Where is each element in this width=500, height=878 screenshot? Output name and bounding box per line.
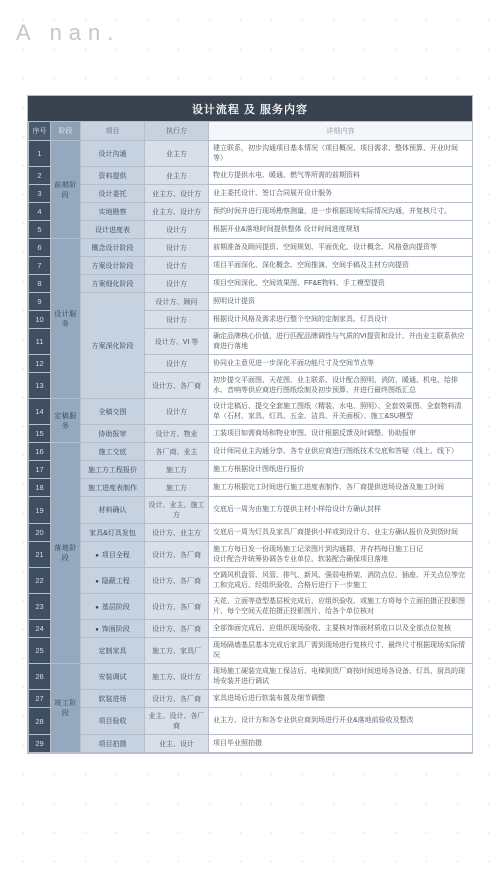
item-cell: 协助报审 [81,425,145,443]
item-cell: 项目拍摄 [81,735,145,753]
column-header-no: 序号 [29,122,51,141]
detail-cell: 建立联系，初步沟通项目基本情况（项目概况、项目需求、整体预算、开业时间等） [209,141,473,167]
item-cell: ● 项目全程 [81,542,145,568]
item-cell: 定制家具 [81,638,145,664]
row-number: 21 [29,542,51,568]
detail-cell: 照明设计提资 [209,293,473,311]
executor-cell: 设计方、顾问 [145,293,209,311]
row-number: 12 [29,355,51,373]
executor-cell: 设计方 [145,355,209,373]
detail-cell: 根据开业&落地时间提供整体 设计时间进度规划 [209,221,473,239]
stage-cell: 设计服务 [51,239,81,399]
item-cell: 资料提供 [81,167,145,185]
executor-cell: 业主方、设计方 [145,185,209,203]
detail-cell: 业主委托设计、签订合同展开设计服务 [209,185,473,203]
table-row: 16落地阶段施工交底各厂商、业主设计师同业主沟通分享、各专业供应商进行图纸技术交… [29,443,473,461]
row-number: 23 [29,594,51,620]
row-number: 6 [29,239,51,257]
bullet-icon: ● [95,605,99,611]
column-header-detail: 详细内容 [209,122,473,141]
row-number: 16 [29,443,51,461]
item-cell: 设计沟通 [81,141,145,167]
item-cell: 施工方工程报价 [81,461,145,479]
executor-cell: 设计方、各厂商 [145,542,209,568]
item-cell: 家具&灯具发包 [81,524,145,542]
table-row: 4实地勘察业主方、设计方预约时间并进行现场勘察测量，进一步根据现场实际情况沟通，… [29,203,473,221]
table-row: 1前期阶段设计沟通业主方建立联系，初步沟通项目基本情况（项目概况、项目需求、整体… [29,141,473,167]
row-number: 2 [29,167,51,185]
design-process-table: 设计流程 及 服务内容 序号阶段项目执行方详细内容 1前期阶段设计沟通业主方建立… [27,95,473,754]
row-number: 20 [29,524,51,542]
row-number: 10 [29,311,51,329]
table-row: 2资料提供业主方物业方提供水电、暖通、燃气等所需的前期资料 [29,167,473,185]
detail-cell: 工装项目如需商场和物业审图、设计根据反馈及时调整、协助报审 [209,425,473,443]
table-body: 1前期阶段设计沟通业主方建立联系，初步沟通项目基本情况（项目概况、项目需求、整体… [29,141,473,753]
row-number: 7 [29,257,51,275]
detail-cell: 物业方提供水电、暖通、燃气等所需的前期资料 [209,167,473,185]
table-row: 21● 项目全程设计方、各厂商施工方每日发一份现场施工记录图片到沟通群，并存档每… [29,542,473,568]
item-cell: ● 隐蔽工程 [81,568,145,594]
row-number: 4 [29,203,51,221]
stage-cell: 竣工阶段 [51,664,81,753]
row-number: 24 [29,620,51,638]
item-cell: 施工进度表制作 [81,479,145,497]
table-row: 6设计服务概念设计阶段设计方前期准备及顾问提资、空间规划、平面优化、设计概念、风… [29,239,473,257]
item-cell: 方案设计阶段 [81,257,145,275]
process-table: 序号阶段项目执行方详细内容 1前期阶段设计沟通业主方建立联系，初步沟通项目基本情… [28,121,473,753]
executor-cell: 施工方、设计方 [145,664,209,690]
row-number: 18 [29,479,51,497]
row-number: 28 [29,708,51,735]
table-header: 序号阶段项目执行方详细内容 [29,122,473,141]
table-row: 23● 基层阶段设计方、各厂商天花、立面等造型基层板完成后、应组织验收、或施工方… [29,594,473,620]
item-cell: 设计进度表 [81,221,145,239]
detail-cell: 根据设计风格及需求进行整个空间的定制家具、灯具设计 [209,311,473,329]
page-background: A nan. 设计流程 及 服务内容 序号阶段项目执行方详细内容 1前期阶段设计… [0,0,500,878]
stage-cell: 前期阶段 [51,141,81,239]
table-title: 设计流程 及 服务内容 [28,96,472,121]
detail-cell: 项目空间深化、空间效果图、FF&E物料、手工模型提资 [209,275,473,293]
row-number: 19 [29,497,51,524]
item-group-cell: 方案深化阶段 [81,293,145,399]
item-cell: 方案细化阶段 [81,275,145,293]
table-row: 14定稿服务全稿交图设计方设计定稿后、提交全套施工图纸（精装、水电、照明）、全套… [29,399,473,425]
detail-cell: 施工方根据设计图纸进行报价 [209,461,473,479]
row-number: 11 [29,329,51,355]
row-number: 14 [29,399,51,425]
executor-cell: 业主方 [145,167,209,185]
detail-cell: 初步提交平面图、天花图、业主联系、设计配合照明、消防、暖通、机电、给排水、音响等… [209,373,473,399]
row-number: 15 [29,425,51,443]
detail-cell: 施工方根据完工时间进行施工进度表制作、各厂商提供进场设备及施工时间 [209,479,473,497]
row-number: 9 [29,293,51,311]
table-row: 7方案设计阶段设计方项目平面深化、深化概念、空间推演、空间手稿及主材方向提资 [29,257,473,275]
executor-cell: 设计方、业主方 [145,524,209,542]
executor-cell: 设计方、VI 等 [145,329,209,355]
column-header-item: 项目 [81,122,145,141]
detail-cell: 现场隔墙基层基本完成后家具厂需到现场进行复核尺寸、最终尺寸根据现场实际情况 [209,638,473,664]
executor-cell: 设计方、各厂商 [145,568,209,594]
detail-cell: 项目平面深化、深化概念、空间推演、空间手稿及主材方向提资 [209,257,473,275]
item-cell: 项目验收 [81,708,145,735]
detail-cell: 交底后一周为由施工方提供主材小样给设计方确认封样 [209,497,473,524]
executor-cell: 业主、设计、各厂商 [145,708,209,735]
table-row: 27软装进场设计方、各厂商家具进场后进行软装布置及细节调整 [29,690,473,708]
detail-cell: 设计定稿后、提交全套施工图纸（精装、水电、照明）、全套效果图、全套物料清单（石材… [209,399,473,425]
row-number: 1 [29,141,51,167]
item-cell: ● 基层阶段 [81,594,145,620]
executor-cell: 设计方、物业 [145,425,209,443]
table-row: 8方案细化阶段设计方项目空间深化、空间效果图、FF&E物料、手工模型提资 [29,275,473,293]
detail-cell: 交底后一周为灯具及家具厂商提供小样或到设计方、业主方确认报价及到货时间 [209,524,473,542]
row-number: 3 [29,185,51,203]
detail-cell: 项目毕业照拍摄 [209,735,473,753]
table-row: 19材料确认设计、业主、施工方交底后一周为由施工方提供主材小样给设计方确认封样 [29,497,473,524]
item-cell: 实地勘察 [81,203,145,221]
detail-cell: 家具进场后进行软装布置及细节调整 [209,690,473,708]
detail-cell: 前期准备及顾问提资、空间规划、平面优化、设计概念、风格意向提资等 [209,239,473,257]
executor-cell: 设计方、各厂商 [145,690,209,708]
row-number: 29 [29,735,51,753]
row-number: 8 [29,275,51,293]
executor-cell: 设计方 [145,221,209,239]
bullet-icon: ● [95,627,99,633]
executor-cell: 业主方 [145,141,209,167]
executor-cell: 设计方 [145,257,209,275]
table-row: 3设计委托业主方、设计方业主委托设计、签订合同展开设计服务 [29,185,473,203]
table-row: 9方案深化阶段设计方、顾问照明设计提资 [29,293,473,311]
item-cell: 设计委托 [81,185,145,203]
executor-cell: 设计方、各厂商 [145,594,209,620]
detail-cell: 业主方、设计方和各专业供应商到场进行开业&落地前验收及整改 [209,708,473,735]
table-row: 5设计进度表设计方根据开业&落地时间提供整体 设计时间进度规划 [29,221,473,239]
executor-cell: 各厂商、业主 [145,443,209,461]
column-header-stage: 阶段 [51,122,81,141]
detail-cell: 预约时间并进行现场勘察测量，进一步根据现场实际情况沟通，并复核尺寸。 [209,203,473,221]
column-header-executor: 执行方 [145,122,209,141]
executor-cell: 设计方、各厂商 [145,620,209,638]
header-row: 序号阶段项目执行方详细内容 [29,122,473,141]
item-cell: 概念设计阶段 [81,239,145,257]
executor-cell: 设计方 [145,311,209,329]
executor-cell: 业主方、设计方 [145,203,209,221]
bullet-icon: ● [95,579,99,585]
detail-cell: 现场施工硬装完成施工保洁后、电梯到货厂商按时间进场各设备、灯具、厨具的现场安装并… [209,664,473,690]
table-row: 26竣工阶段安装调试施工方、设计方现场施工硬装完成施工保洁后、电梯到货厂商按时间… [29,664,473,690]
stage-cell: 定稿服务 [51,399,81,443]
row-number: 5 [29,221,51,239]
detail-cell: 协同业主意见进一步深化平面功能尺寸及空间节点等 [209,355,473,373]
detail-cell: 全部饰面完成后、应组织现场验收、主要核对饰面材质收口以及全部点位复核 [209,620,473,638]
executor-cell: 施工方 [145,461,209,479]
table-row: 15协助报审设计方、物业工装项目如需商场和物业审图、设计根据反馈及时调整、协助报… [29,425,473,443]
row-number: 22 [29,568,51,594]
row-number: 17 [29,461,51,479]
detail-cell: 设计师同业主沟通分享、各专业供应商进行图纸技术交底和答疑（线上、线下） [209,443,473,461]
detail-cell: 空调风机盘管、风管、排气、新风、强弱电桥架、消防点位、插座、开关点位等完工和完成… [209,568,473,594]
item-cell: 施工交底 [81,443,145,461]
executor-cell: 设计方、各厂商 [145,373,209,399]
table-row: 22● 隐蔽工程设计方、各厂商空调风机盘管、风管、排气、新风、强弱电桥架、消防点… [29,568,473,594]
row-number: 25 [29,638,51,664]
detail-cell: 天花、立面等造型基层板完成后、应组织验收、或施工方将每个立面拍摄正投影图片、每个… [209,594,473,620]
table-row: 24● 饰面阶段设计方、各厂商全部饰面完成后、应组织现场验收、主要核对饰面材质收… [29,620,473,638]
item-cell: 全稿交图 [81,399,145,425]
detail-cell: 施工方每日发一份现场施工记录图片到沟通群，并存档每日施工日记 设计配合并统筹协调… [209,542,473,568]
executor-cell: 施工方 [145,479,209,497]
row-number: 13 [29,373,51,399]
stage-cell: 落地阶段 [51,443,81,664]
detail-cell: 确定品牌核心价值、进行匹配品牌调性与气质的VI提资和设计、并由业主联系供应商进行… [209,329,473,355]
table-row: 18施工进度表制作施工方施工方根据完工时间进行施工进度表制作、各厂商提供进场设备… [29,479,473,497]
item-cell: 安装调试 [81,664,145,690]
executor-cell: 设计方 [145,399,209,425]
executor-cell: 业主、设计 [145,735,209,753]
item-cell: 材料确认 [81,497,145,524]
table-row: 29项目拍摄业主、设计项目毕业照拍摄 [29,735,473,753]
item-cell: ● 饰面阶段 [81,620,145,638]
executor-cell: 设计方 [145,239,209,257]
brand-logo: A nan. [16,20,120,46]
row-number: 27 [29,690,51,708]
executor-cell: 施工方、家具厂 [145,638,209,664]
table-row: 25定制家具施工方、家具厂现场隔墙基层基本完成后家具厂需到现场进行复核尺寸、最终… [29,638,473,664]
executor-cell: 设计方 [145,275,209,293]
item-cell: 软装进场 [81,690,145,708]
bullet-icon: ● [95,553,99,559]
table-row: 20家具&灯具发包设计方、业主方交底后一周为灯具及家具厂商提供小样或到设计方、业… [29,524,473,542]
row-number: 26 [29,664,51,690]
executor-cell: 设计、业主、施工方 [145,497,209,524]
table-row: 28项目验收业主、设计、各厂商业主方、设计方和各专业供应商到场进行开业&落地前验… [29,708,473,735]
table-row: 17施工方工程报价施工方施工方根据设计图纸进行报价 [29,461,473,479]
